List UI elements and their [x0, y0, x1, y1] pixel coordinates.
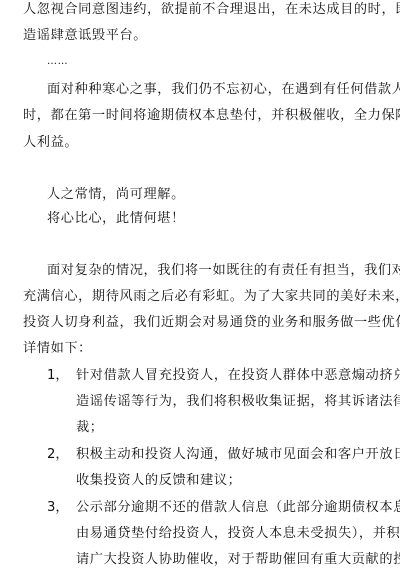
paragraph-line: 详情如下： [23, 341, 92, 357]
list-item-line: 造谣传谣等行为，我们将积极收集证据，将其诉诸法律制 [76, 394, 400, 410]
list-item-line: 收集投资人的反馈和建议； [76, 473, 241, 489]
list-item-line: 针对借款人冒充投资人，在投资人群体中恶意煽动挤兑， [76, 368, 400, 384]
paragraph-line: 时，都在第一时间将逾期债权本息垫付，并积极催收，全力保障投资 [23, 108, 400, 124]
list-item-line: 公示部分逾期不还的借款人信息（此部分逾期债权本息已 [76, 500, 400, 516]
sentiment-line: 人之常情，尚可理解。 [47, 187, 185, 203]
list-item-line: 裁； [76, 420, 104, 436]
sentiment-line: 将心比心，此情何堪！ [47, 211, 185, 227]
ellipsis: …… [47, 54, 68, 70]
paragraph-line: 人利益。 [23, 135, 78, 151]
list-item-line: 积极主动和投资人沟通，做好城市见面会和客户开放日， [76, 447, 400, 463]
paragraph-line: 人忽视合同意图违约，欲提前不合理退出，在未达成目的时，即恶意 [23, 2, 400, 18]
paragraph-line: 面对复杂的情况，我们将一如既往的有责任有担当，我们对行业 [47, 263, 400, 279]
paragraph-line: 面对种种寒心之事，我们仍不忘初心，在遇到有任何借款人逾期 [47, 82, 400, 98]
paragraph-line: 充满信心，期待风雨之后必有彩虹。为了大家共同的美好未来，保障 [23, 289, 400, 305]
list-item-line: 请广大投资人协助催收，对于帮助催回有重大贡献的投资 [76, 552, 400, 568]
paragraph-line: 造谣肆意诋毁平台。 [23, 28, 147, 44]
paragraph-line: 投资人切身利益，我们近期会对易通贷的业务和服务做一些优化调整。 [23, 315, 400, 331]
list-number: 3， [47, 500, 69, 516]
list-item-line: 由易通贷垫付给投资人，投资人本息未受损失），并积极邀 [76, 526, 400, 542]
list-number: 2， [47, 447, 69, 463]
list-number: 1， [47, 368, 69, 384]
